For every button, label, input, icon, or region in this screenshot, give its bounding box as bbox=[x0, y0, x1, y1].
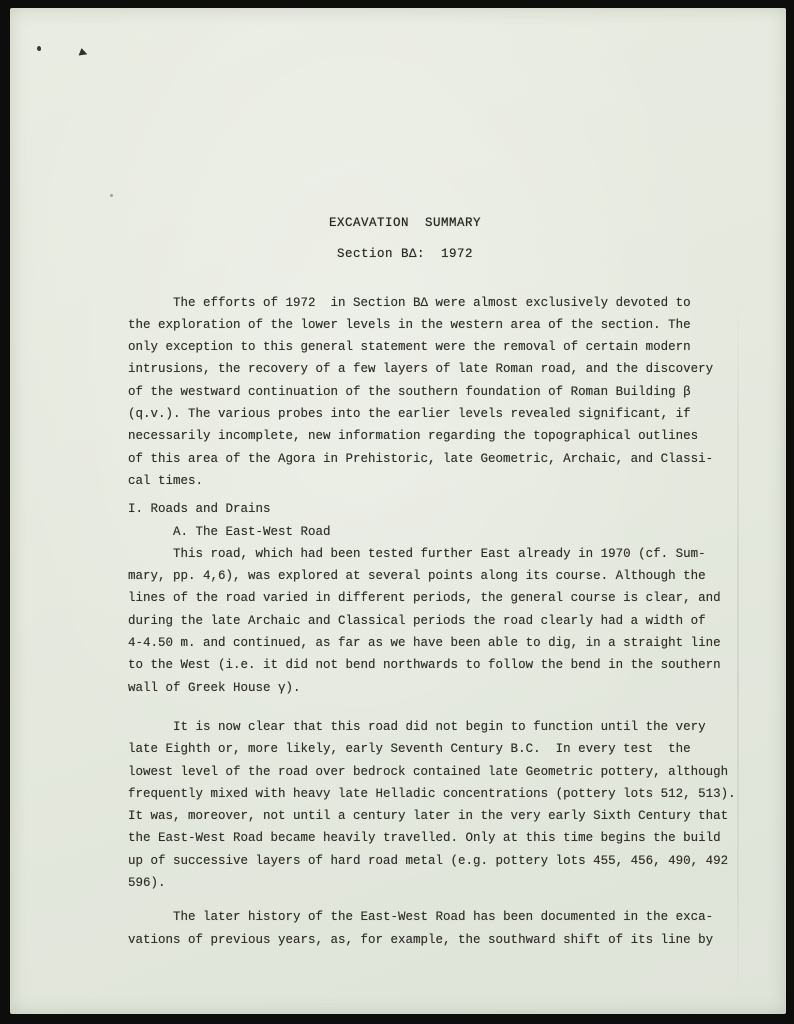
scan-black-border: EXCAVATION SUMMARY Section BΔ: 1972 The … bbox=[0, 0, 794, 1024]
paragraph-introduction: The efforts of 1972 in Section BΔ were a… bbox=[128, 292, 740, 493]
typewritten-text-block: EXCAVATION SUMMARY Section BΔ: 1972 The … bbox=[10, 8, 786, 951]
document-title: EXCAVATION SUMMARY bbox=[99, 212, 711, 234]
section-heading-roads-and-drains: I. Roads and Drains bbox=[128, 498, 740, 520]
paragraph-road-dating: It is now clear that this road did not b… bbox=[128, 716, 740, 894]
paragraph-road-course: This road, which had been tested further… bbox=[128, 543, 740, 699]
subsection-heading-east-west-road: A. The East-West Road bbox=[128, 521, 740, 543]
document-subtitle: Section BΔ: 1972 bbox=[99, 243, 711, 265]
document-page: EXCAVATION SUMMARY Section BΔ: 1972 The … bbox=[10, 8, 786, 1014]
paragraph-later-history: The later history of the East-West Road … bbox=[128, 906, 740, 951]
